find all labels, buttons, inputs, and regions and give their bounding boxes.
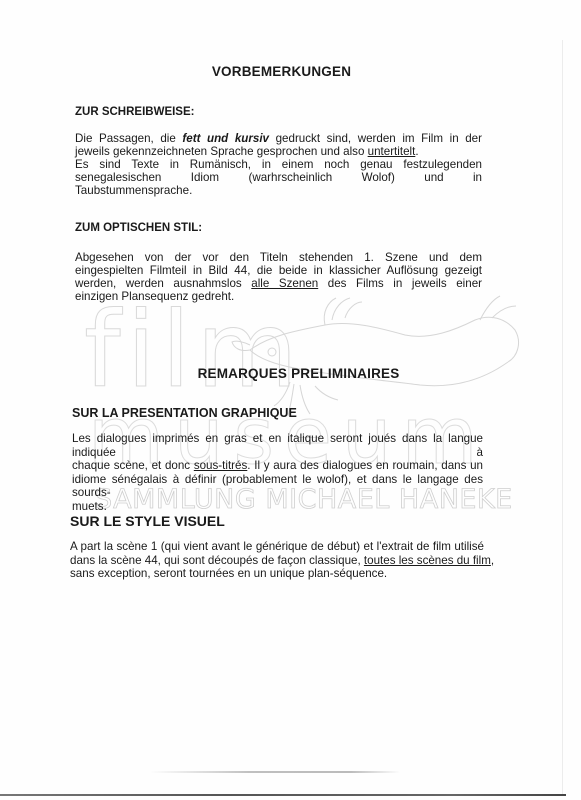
page-edge-bottom bbox=[0, 794, 566, 796]
paragraph-optischer-stil: Abgesehen von der vor den Titeln stehend… bbox=[75, 251, 482, 303]
text-line: einzigen Plansequenz gedreht. bbox=[75, 290, 482, 303]
text-line: Abgesehen von der vor den Titeln stehend… bbox=[75, 251, 482, 264]
underlined-text: sous-titrés bbox=[194, 459, 247, 472]
section-heading-style-visuel: SUR LE STYLE VISUEL bbox=[70, 513, 225, 529]
text-line: Taubstummensprache. bbox=[75, 184, 482, 197]
text-line: dans la scène 44, qui sont découpés de f… bbox=[70, 554, 484, 568]
text-line: Es sind Texte in Rumänisch, in einem noc… bbox=[75, 158, 482, 171]
text-line: chaque scène, et donc sous-titrés. Il y … bbox=[72, 459, 483, 473]
section-heading-presentation-graphique: SUR LA PRESENTATION GRAPHIQUE bbox=[72, 406, 297, 420]
text-line: Les dialogues imprimés en gras et en ita… bbox=[72, 432, 483, 459]
underlined-text: untertitelt bbox=[368, 145, 416, 158]
text-line: eingespielten Filmteil in Bild 44, die b… bbox=[75, 264, 482, 277]
bold-italic-text: fett und kursiv bbox=[182, 132, 269, 145]
lizard-watermark-icon bbox=[230, 290, 530, 420]
text-line: sans exception, seront tournées en un un… bbox=[70, 567, 484, 581]
watermark-film-text: film bbox=[84, 298, 304, 402]
underlined-text: alle Szenen bbox=[251, 277, 318, 290]
german-title: VORBEMERKUNGEN bbox=[0, 64, 572, 79]
text-line: muets. bbox=[72, 500, 483, 514]
watermark: film museum SAMMLUNG MICHAEL HANEKE bbox=[0, 0, 581, 800]
section-heading-optischer-stil: ZUM OPTISCHEN STIL: bbox=[75, 222, 202, 234]
paragraph-presentation-graphique: Les dialogues imprimés en gras et en ita… bbox=[72, 432, 483, 513]
text-line: idiome sénégalais à définir (probablemen… bbox=[72, 473, 483, 500]
text-line: A part la scène 1 (qui vient avant le gé… bbox=[70, 540, 484, 554]
text-line: werden, werden ausnahmslos alle Szenen d… bbox=[75, 277, 482, 290]
paragraph-style-visuel: A part la scène 1 (qui vient avant le gé… bbox=[70, 540, 484, 581]
scan-smudge bbox=[150, 771, 400, 773]
paragraph-schreibweise: Die Passagen, die fett und kursiv gedruc… bbox=[75, 132, 482, 197]
scanned-page: film museum SAMMLUNG MICHAEL HANEKE VORB… bbox=[0, 0, 581, 800]
section-heading-schreibweise: ZUR SCHREIBWEISE: bbox=[75, 106, 194, 118]
underlined-text: toutes les scènes du film bbox=[364, 554, 491, 567]
text-line: senegalesischen Idiom (warhrscheinlich W… bbox=[75, 171, 482, 184]
page-edge-right bbox=[562, 40, 563, 795]
french-title: REMARQUES PRELIMINAIRES bbox=[8, 366, 581, 381]
text-line: jeweils gekennzeichneten Sprache gesproc… bbox=[75, 145, 482, 158]
text-line: Die Passagen, die fett und kursiv gedruc… bbox=[75, 132, 482, 145]
